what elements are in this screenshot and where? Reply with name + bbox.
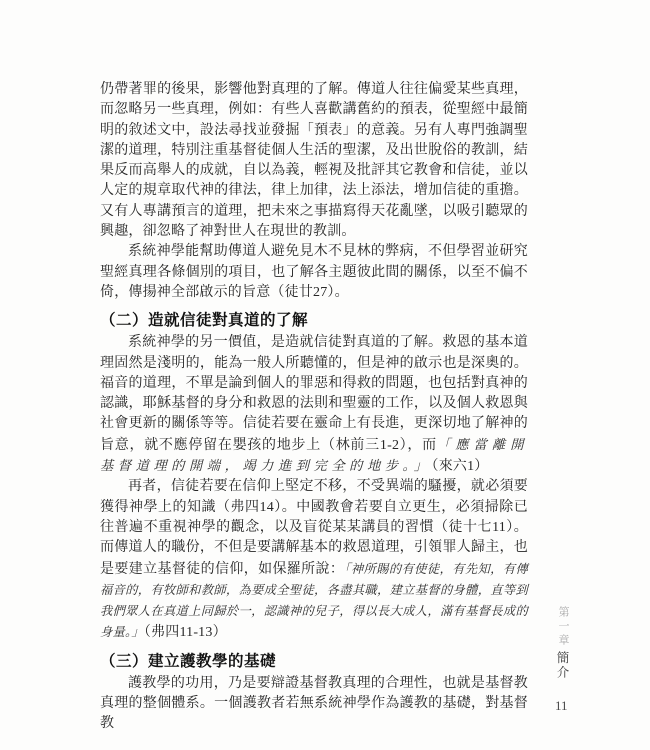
margin-section-label: 簡介 (553, 651, 571, 680)
body-run: （弗四11-13） (144, 625, 227, 640)
page-number: 11 (555, 698, 568, 714)
paragraph: 系統神學的另一價值，是造就信徒對真道的了解。救恩的基本道理固然是淺明的，能為一般… (100, 333, 528, 477)
book-page: 仍帶著罪的後果，影響他對真理的了解。傳道人往往偏愛某些真理，而忽略另一些真理，例… (0, 0, 650, 750)
body-text: 仍帶著罪的後果，影響他對真理的了解。傳道人往往偏愛某些真理，而忽略另一些真理，例… (100, 80, 528, 735)
section-heading: （二）造就信徒對真道的了解 (100, 311, 528, 331)
paragraph: 護教學的功用，乃是要辯證基督教真理的合理性，也就是基督教真理的整個體系。一個護教… (100, 674, 528, 735)
body-run: 系統神學的另一價值，是造就信徒對真道的了解。救恩的基本道理固然是淺明的，能為一般… (100, 335, 528, 452)
body-run: 仍帶著罪的後果，影響他對真理的了解。傳道人往往偏愛某些真理，而忽略另一些真理，例… (100, 82, 528, 239)
body-run: （來六1） (432, 459, 489, 474)
paragraph: 仍帶著罪的後果，影響他對真理的了解。傳道人往往偏愛某些真理，而忽略另一些真理，例… (100, 80, 528, 242)
body-run: 護教學的功用，乃是要辯證基督教真理的合理性，也就是基督教真理的整個體系。一個護教… (100, 676, 528, 732)
paragraph: 再者，信徒若要在信仰上堅定不移，不受異端的騷擾，就必須要獲得神學上的知識（弗四1… (100, 477, 528, 643)
section-heading: （三）建立護教學的基礎 (100, 652, 528, 672)
body-run: 系統神學能幫助傳道人避免見木不見林的弊病，不但學習並研究聖經真理各條個別的項目，… (100, 244, 528, 300)
paragraph: 系統神學能幫助傳道人避免見木不見林的弊病，不但學習並研究聖經真理各條個別的項目，… (100, 242, 528, 303)
margin-chapter-label: 第一章 (555, 606, 571, 648)
